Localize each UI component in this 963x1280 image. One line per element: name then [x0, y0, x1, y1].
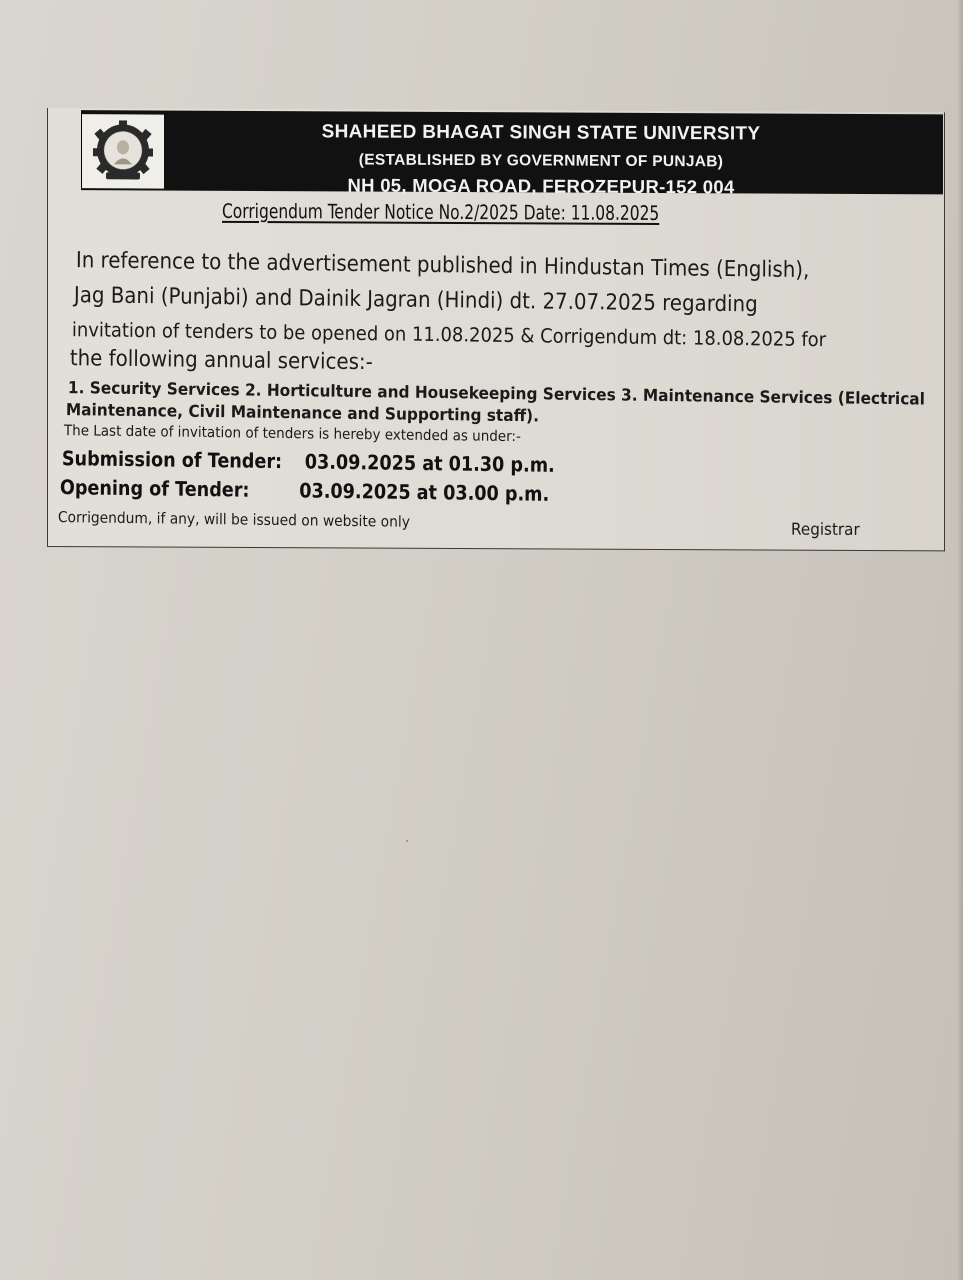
opening-datetime: 03.09.2025 at 03.00 p.m. — [299, 478, 549, 505]
notice-title: Corrigendum Tender Notice No.2/2025 Date… — [222, 199, 659, 225]
reference-paragraph-line-1: In reference to the advertisement publis… — [76, 248, 810, 283]
reference-paragraph-line-2: Jag Bani (Punjabi) and Dainik Jagran (Hi… — [74, 283, 758, 317]
opening-label: Opening of Tender: — [60, 475, 250, 502]
submission-datetime: 03.09.2025 at 01.30 p.m. — [305, 449, 555, 476]
submission-label: Submission of Tender: — [62, 446, 282, 473]
opening-schedule-row: Opening of Tender: 03.09.2025 at 03.00 p… — [60, 475, 250, 502]
university-emblem-icon — [81, 114, 164, 188]
submission-schedule-row: Submission of Tender: 03.09.2025 at 01.3… — [62, 446, 282, 473]
university-name: SHAHEED BHAGAT SINGH STATE UNIVERSITY — [241, 121, 841, 146]
website-corrigendum-note: Corrigendum, if any, will be issued on w… — [58, 508, 410, 531]
reference-paragraph-line-3: invitation of tenders to be opened on 11… — [72, 318, 826, 351]
paper-speck — [406, 840, 408, 842]
reference-paragraph-line-4: the following annual services:- — [70, 346, 373, 375]
signatory-registrar: Registrar — [791, 520, 860, 539]
university-header-banner: SHAHEED BHAGAT SINGH STATE UNIVERSITY (E… — [81, 110, 943, 194]
paper-edge-shadow — [957, 0, 963, 1280]
tender-notice: SHAHEED BHAGAT SINGH STATE UNIVERSITY (E… — [47, 108, 945, 551]
extension-statement: The Last date of invitation of tenders i… — [64, 423, 521, 445]
establishment-line: (ESTABLISHED BY GOVERNMENT OF PUNJAB) — [241, 151, 841, 172]
services-list-line-2: Maintenance, Civil Maintenance and Suppo… — [66, 400, 539, 425]
university-address: NH 05, MOGA ROAD, FEROZEPUR-152 004 — [241, 174, 841, 199]
